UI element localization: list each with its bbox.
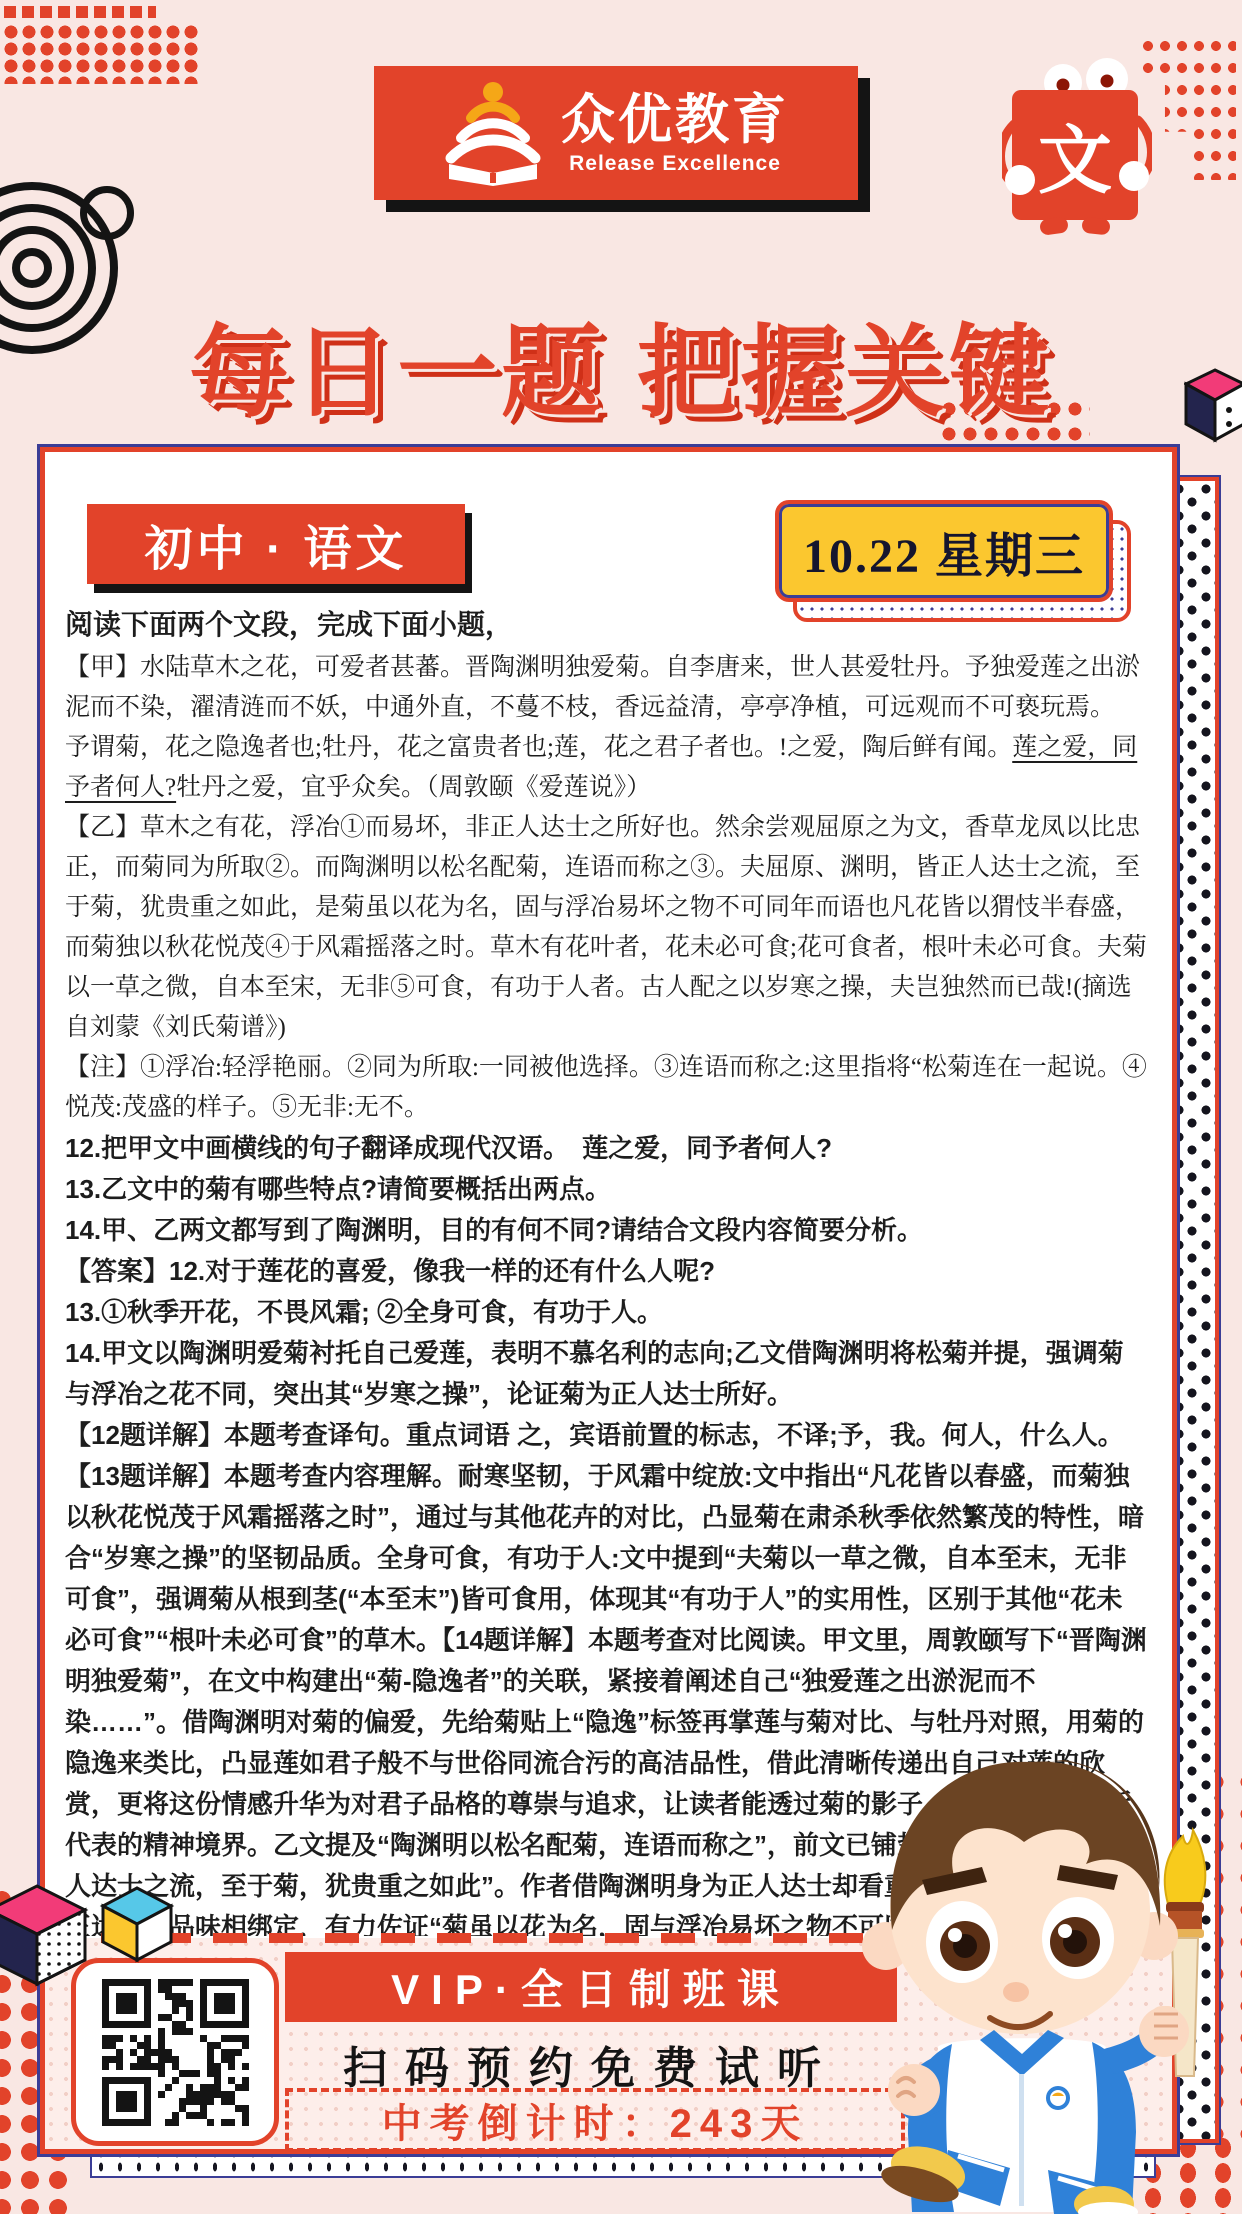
question-13: 13.乙文中的菊有哪些特点?请简要概括出两点。 — [65, 1169, 1147, 1210]
page-title: 每日一题 把握关键 — [0, 292, 1242, 436]
dice-cube-icon — [1184, 368, 1242, 444]
intro-line: 阅读下面两个文段，完成下面小题， — [65, 602, 1147, 648]
logo-cn-text: 众优教育 — [561, 93, 789, 147]
passage-yi: 【乙】草木之有花，浮冶①而易坏，非正人达士之所好也。然余尝观屈原之为文，香草龙凤… — [65, 808, 1147, 1048]
jia2-pre: 予谓菊，花之隐逸者也;牡丹，花之富贵者也;莲，花之君子者也。!之爱，陶后鲜有闻。 — [65, 734, 1012, 761]
answer-14: 14.甲文以陶渊明爱菊衬托自己爱莲，表明不慕名利的志向;乙文借陶渊明将松菊并提，… — [65, 1333, 1147, 1415]
top-right-dot-grid — [1140, 38, 1236, 180]
poster: 众优教育 Release Excellence 文 每日一题 把握关键 初中 ·… — [0, 0, 1242, 2214]
student-mascot — [862, 1738, 1242, 2214]
scan-cta-text: 扫码预约免费试听 — [285, 2032, 897, 2096]
passage-jia: 【甲】水陆草木之花，可爱者甚蕃。晋陶渊明独爱菊。自李唐来，世人甚爱牡丹。予独爱莲… — [65, 648, 1147, 728]
vip-course-banner: VIP·全日制班课 — [285, 1952, 897, 2022]
circle-outline-icon — [80, 186, 134, 240]
top-left-squares-pattern — [4, 6, 156, 18]
countdown-badge: 中考倒计时：243天 — [285, 2088, 905, 2152]
explanation-12: 【12题详解】本题考查译句。重点词语 之，宾语前置的标志，不译;予，我。何人，什… — [65, 1415, 1147, 1456]
question-content: 阅读下面两个文段，完成下面小题， 【甲】水陆草木之花，可爱者甚蕃。晋陶渊明独爱菊… — [65, 602, 1147, 1936]
question-14: 14.甲、乙两文都写到了陶渊明，目的有何不同?请结合文段内容简要分析。 — [65, 1210, 1147, 1251]
question-12: 12.把甲文中画横线的句子翻译成现代汉语。 莲之爱，同予者何人? — [65, 1128, 1147, 1169]
answer-13: 13.①秋季开花，不畏风霜; ②全身可食，有功于人。 — [65, 1292, 1147, 1333]
zhongyou-logo-icon — [443, 80, 543, 186]
wen-box-mascot: 文 — [1002, 58, 1152, 238]
logo-banner: 众优教育 Release Excellence — [374, 66, 858, 200]
cubes-decoration — [0, 1880, 175, 2010]
answer-12: 【答案】12.对于莲花的喜爱，像我一样的还有什么人呢? — [65, 1251, 1147, 1292]
level-badge: 初中 · 语文 — [87, 504, 465, 584]
date-badge: 10.22 星期三 — [775, 500, 1113, 602]
jia2-post: 牡丹之爱，宜乎众矣。（周敦颐《爱莲说》） — [176, 774, 651, 801]
passage-notes: 【注】①浮冶:轻浮艳丽。②同为所取:一同被他选择。③连语而称之:这里指将“松菊连… — [65, 1048, 1147, 1128]
wen-box-foot — [1081, 217, 1111, 236]
wen-box-arms — [1002, 58, 1152, 238]
logo-en-text: Release Excellence — [569, 153, 781, 174]
passage-jia-2: 予谓菊，花之隐逸者也;牡丹，花之富贵者也;莲，花之君子者也。!之爱，陶后鲜有闻。… — [65, 728, 1147, 808]
top-left-dot-grid — [2, 24, 198, 84]
